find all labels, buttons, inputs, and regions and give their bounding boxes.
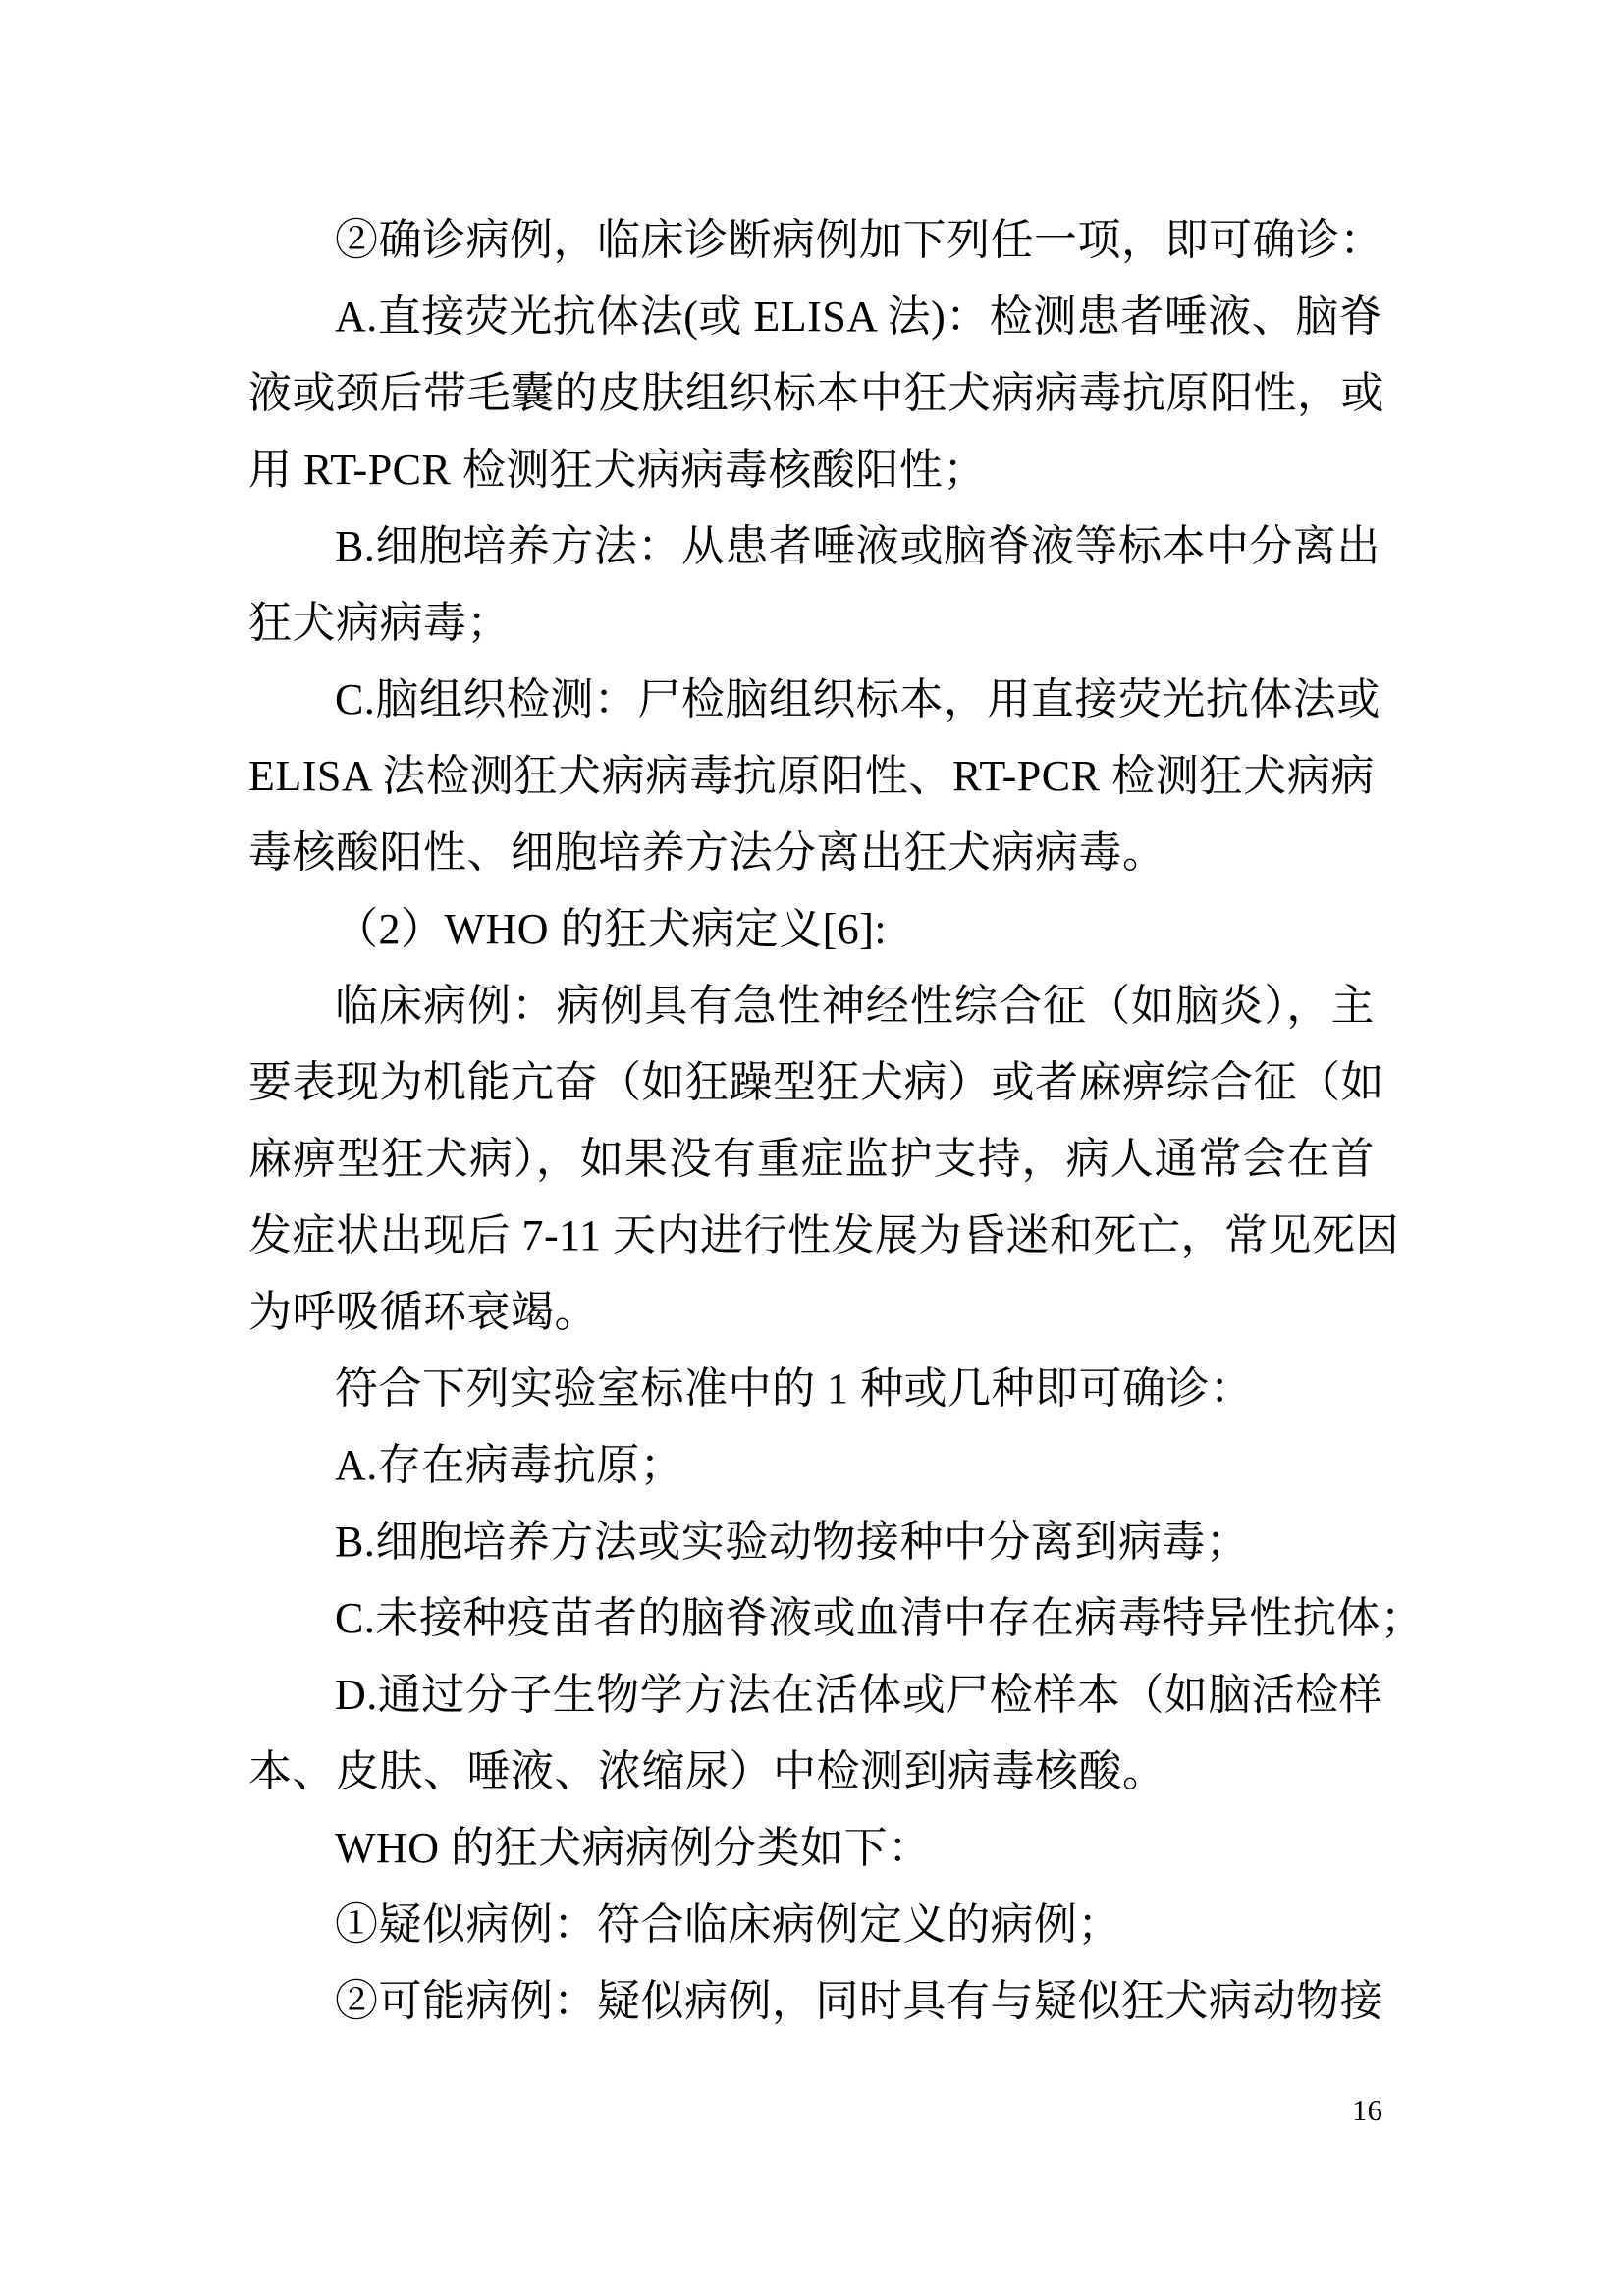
text-line: 临床病例：病例具有急性神经性综合征（如脑炎），主: [248, 968, 1375, 1044]
text-line: ②可能病例：疑似病例，同时具有与疑似狂犬病动物接: [248, 1963, 1375, 2040]
text-line: 发症状出现后 7-11 天内进行性发展为昏迷和死亡，常见死因: [248, 1198, 1375, 1274]
text-line: B.细胞培养方法或实验动物接种中分离到病毒；: [248, 1504, 1375, 1580]
text-line: 狂犬病病毒；: [248, 585, 1375, 662]
text-line: C.未接种疫苗者的脑脊液或血清中存在病毒特异性抗体；: [248, 1580, 1375, 1657]
text-line: D.通过分子生物学方法在活体或尸检样本（如脑活检样: [248, 1657, 1375, 1734]
text-line: A.存在病毒抗原；: [248, 1427, 1375, 1504]
document-page: ②确诊病例，临床诊断病例加下列任一项，即可确诊： A.直接荧光抗体法(或 ELI…: [0, 0, 1624, 2296]
page-number: 16: [248, 2091, 1382, 2130]
text-line: ②确诊病例，临床诊断病例加下列任一项，即可确诊：: [248, 202, 1375, 279]
document-text-block: ②确诊病例，临床诊断病例加下列任一项，即可确诊： A.直接荧光抗体法(或 ELI…: [248, 202, 1375, 2040]
text-line: ①疑似病例：符合临床病例定义的病例；: [248, 1887, 1375, 1963]
text-line: 要表现为机能亢奋（如狂躁型狂犬病）或者麻痹综合征（如: [248, 1044, 1375, 1121]
text-line: C.脑组织检测：尸检脑组织标本，用直接荧光抗体法或: [248, 662, 1375, 738]
text-line: A.直接荧光抗体法(或 ELISA 法)：检测患者唾液、脑脊: [248, 279, 1375, 355]
text-line: ELISA 法检测狂犬病病毒抗原阳性、RT-PCR 检测狂犬病病: [248, 738, 1375, 815]
text-line: 符合下列实验室标准中的 1 种或几种即可确诊：: [248, 1351, 1375, 1427]
text-line: 为呼吸循环衰竭。: [248, 1274, 1375, 1351]
text-line: 用 RT-PCR 检测狂犬病病毒核酸阳性；: [248, 432, 1375, 508]
text-line: 麻痹型狂犬病），如果没有重症监护支持，病人通常会在首: [248, 1121, 1375, 1198]
text-line: （2）WHO 的狂犬病定义[6]:: [248, 891, 1375, 968]
text-line: WHO 的狂犬病病例分类如下：: [248, 1810, 1375, 1887]
text-line: 本、皮肤、唾液、浓缩尿）中检测到病毒核酸。: [248, 1734, 1375, 1810]
text-line: 毒核酸阳性、细胞培养方法分离出狂犬病病毒。: [248, 815, 1375, 891]
text-line: B.细胞培养方法：从患者唾液或脑脊液等标本中分离出: [248, 508, 1375, 585]
text-line: 液或颈后带毛囊的皮肤组织标本中狂犬病病毒抗原阳性，或: [248, 355, 1375, 432]
